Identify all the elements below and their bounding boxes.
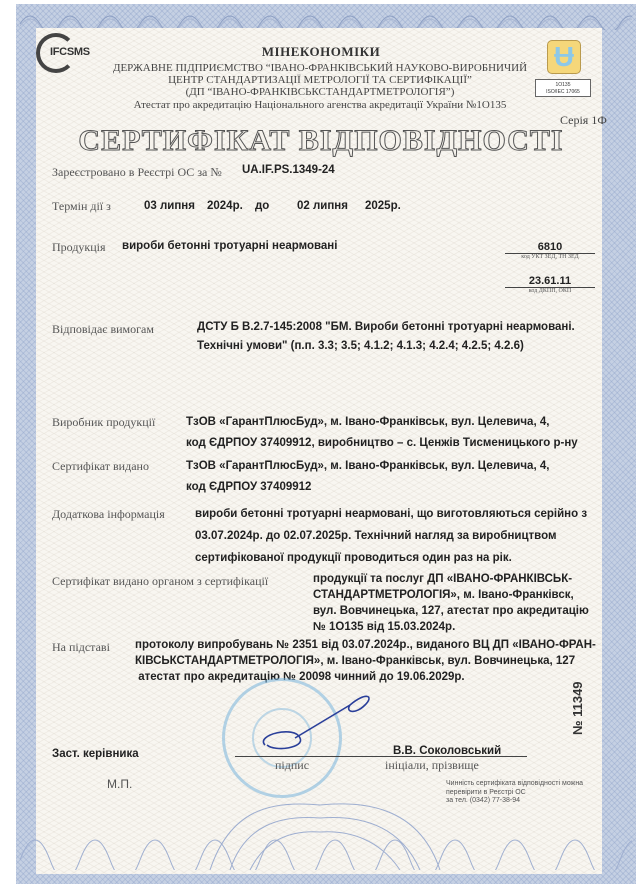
issuing-body-line: № 1О135 від 15.03.2024р. — [313, 619, 589, 635]
validity-to-day: 02 липня — [297, 197, 348, 216]
product-label: Продукція — [52, 240, 106, 255]
name-caption: ініціали, прізвище — [385, 758, 479, 773]
manufacturer-value: ТзОВ «ГарантПлюсБуд», м. Івано-Франківсь… — [186, 412, 578, 454]
requirements-value: ДСТУ Б В.2.7-145:2008 "БМ. Вироби бетонн… — [197, 318, 575, 356]
basis-line: КІВСЬКСТАНДАРТМЕТРОЛОГІЯ», м. Івано-Фран… — [135, 653, 596, 669]
ua-certification-logo: Ʉ — [547, 40, 581, 74]
additional-info-line: 03.07.2024р. до 02.07.2025р. Технічний н… — [195, 525, 587, 547]
manufacturer-label: Виробник продукції — [52, 415, 155, 430]
signature-line — [235, 756, 527, 757]
additional-info-line: сертифікованої продукції проводиться оди… — [195, 547, 587, 569]
basis-line: протоколу випробувань № 2351 від 03.07.2… — [135, 637, 596, 653]
certificate-number: № 11349 — [570, 681, 585, 735]
validity-from-year: 2024р. — [207, 197, 243, 216]
issuing-body-line: продукції та послуг ДП «ІВАНО-ФРАНКІВСЬК… — [313, 571, 589, 587]
accreditation-line: Атестат про акредитацію Національного аг… — [90, 99, 550, 111]
issued-to-value: ТзОВ «ГарантПлюсБуд», м. Івано-Франківсь… — [186, 456, 549, 498]
verification-note: Чинність сертифіката відповідності можна… — [446, 780, 596, 806]
validity-to-word: до — [255, 197, 269, 216]
additional-info-value: вироби бетонні тротуарні неармовані, що … — [195, 503, 587, 569]
issuing-body-value: продукції та послуг ДП «ІВАНО-ФРАНКІВСЬК… — [313, 571, 589, 635]
requirements-line: ДСТУ Б В.2.7-145:2008 "БМ. Вироби бетонн… — [197, 318, 575, 337]
basis-line: атестат про акредитацію № 20098 чинний д… — [135, 669, 596, 685]
issued-to-line: ТзОВ «ГарантПлюсБуд», м. Івано-Франківсь… — [186, 456, 549, 477]
certificate-title: СЕРТИФІКАТ ВІДПОВІДНОСТІ — [0, 124, 642, 158]
signature-caption: підпис — [275, 758, 309, 773]
guilloche-top — [20, 6, 632, 30]
note-line: за тел. (0342) 77-38-94 — [446, 797, 596, 806]
registry-number: UA.IF.PS.1349-24 — [242, 161, 335, 180]
requirements-label: Відповідає вимогам — [52, 322, 154, 337]
code-dkpp: 23.61.11 код ДКПП, ОКП — [505, 275, 595, 294]
iso-box: 1O135 ISO/IEC 17065 — [535, 79, 591, 97]
validity-label: Термін дії з — [52, 199, 111, 214]
ua-logo-icon: Ʉ — [548, 41, 580, 73]
additional-info-label: Додаткова інформація — [52, 507, 165, 522]
code-uktzed-value: 6810 — [505, 241, 595, 254]
signatory-position: Заст. керівника — [52, 745, 139, 764]
note-line: Чинність сертифіката відповідності можна — [446, 780, 596, 789]
validity-from-day: 03 липня — [144, 197, 195, 216]
guilloche-bottom — [20, 800, 632, 870]
basis-value: протоколу випробувань № 2351 від 03.07.2… — [135, 637, 596, 685]
basis-label: На підставі — [52, 640, 110, 655]
issuing-body-line: СТАНДАРТМЕТРОЛОГІЯ», м. Івано-Франківск, — [313, 587, 589, 603]
code-dkpp-label: код ДКПП, ОКП — [505, 288, 595, 294]
code-uktzed: 6810 код УКТ ЗЕД, ТН ЗЕД — [505, 241, 595, 260]
code-dkpp-value: 23.61.11 — [505, 275, 595, 288]
code-uktzed-label: код УКТ ЗЕД, ТН ЗЕД — [505, 254, 595, 260]
registry-label: Зареєстровано в Реєстрі ОС за № — [52, 165, 222, 180]
org-line-2: ЦЕНТР СТАНДАРТИЗАЦІЇ МЕТРОЛОГІЇ ТА СЕРТИ… — [90, 74, 550, 86]
requirements-line: Технічні умови" (п.п. 3.3; 3.5; 4.1.2; 4… — [197, 337, 575, 356]
manufacturer-line: ТзОВ «ГарантПлюсБуд», м. Івано-Франківсь… — [186, 412, 578, 433]
issued-to-label: Сертифікат видано — [52, 459, 149, 474]
issuing-body-line: вул. Вовчинецька, 127, атестат про акред… — [313, 603, 589, 619]
signature-icon — [255, 690, 375, 755]
validity-to-year: 2025р. — [365, 197, 401, 216]
org-line-1: ДЕРЖАВНЕ ПІДПРИЄМСТВО “ІВАНО-ФРАНКІВСЬКИ… — [90, 62, 550, 74]
iso-box-line-2: ISO/IEC 17065 — [536, 89, 590, 96]
manufacturer-line: код ЄДРПОУ 37409912, виробництво – с. Це… — [186, 433, 578, 454]
note-line: перевірити в Реєстрі ОС — [446, 789, 596, 798]
org-line-3: (ДП “ІВАНО-ФРАНКІВСЬКСТАНДАРТМЕТРОЛОГІЯ”… — [90, 86, 550, 98]
additional-info-line: вироби бетонні тротуарні неармовані, що … — [195, 503, 587, 525]
issued-to-line: код ЄДРПОУ 37409912 — [186, 477, 549, 498]
seal-place: М.П. — [107, 777, 132, 791]
product-value: вироби бетонні тротуарні неармовані — [122, 237, 337, 256]
issuing-body-label: Сертифікат видано органом з сертифікації — [52, 574, 268, 589]
iso-box-line-1: 1O135 — [536, 82, 590, 89]
ministry-title: МІНЕКОНОМІКИ — [0, 44, 642, 60]
